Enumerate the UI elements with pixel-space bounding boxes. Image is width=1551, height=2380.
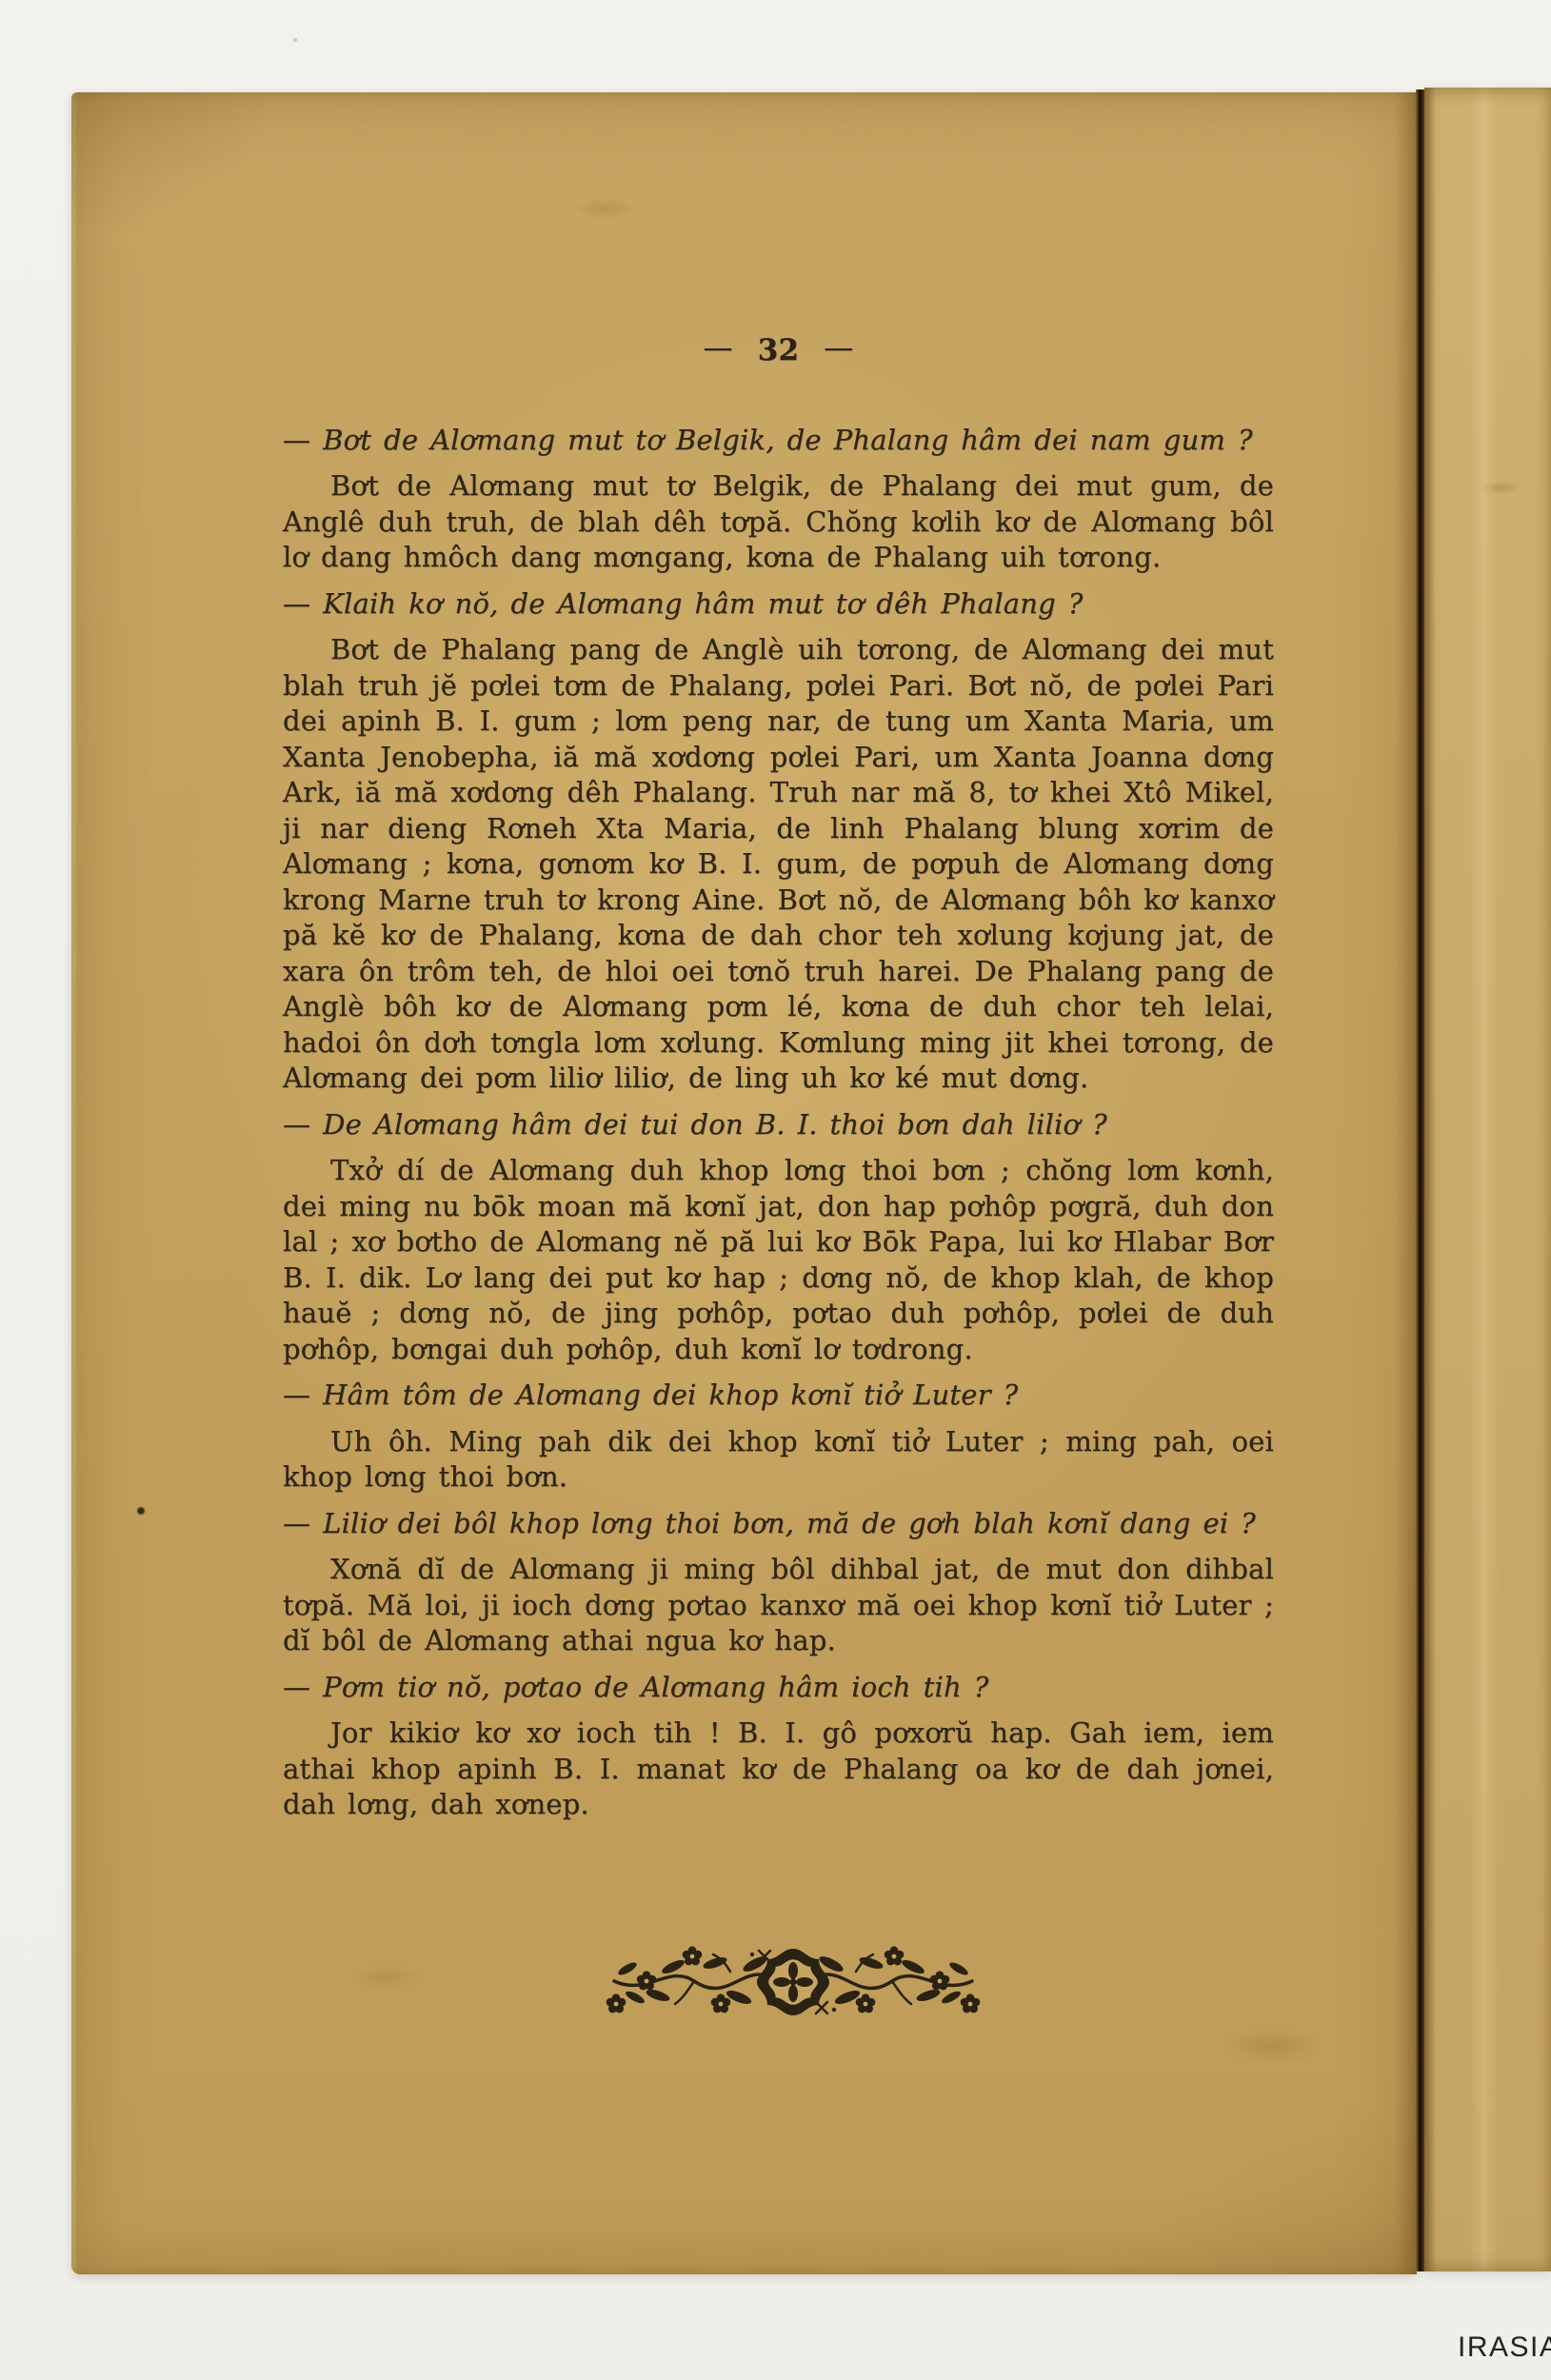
catechism-question: — Liliơ dei bôl khop lơng thoi bơn, mă d… [283,1506,1274,1542]
floral-ornament [603,1943,984,2021]
catechism-answer: Bơt de Phalang pang de Anglè uih tơrong,… [283,632,1274,1097]
catechism-answer: Xơnă dĭ de Alơmang ji ming bôl dihbal ja… [283,1552,1274,1659]
header-dash-right: — [824,330,853,365]
catechism-question: — Bơt de Alơmang mut tơ Belgik, de Phala… [283,423,1274,459]
scanned-book-photo: { "scan": { "watermark": "IRASIA", "colo… [0,0,1551,2380]
catechism-answer: Txở dí de Alơmang duh khop lơng thoi bơn… [283,1153,1274,1367]
floral-ornament-graphic [603,1943,984,2021]
catechism-question: — Hâm tôm de Alơmang dei khop kơnĭ tiở L… [283,1378,1274,1414]
catechism-answer: Uh ôh. Ming pah dik dei khop kơnĭ tiở Lu… [283,1424,1274,1496]
catechism-answer: Bơt de Alơmang mut tơ Belgik, de Phalang… [283,468,1274,576]
book-page: —32— — Bơt de Alơmang mut tơ Belgik, de … [71,92,1417,2274]
page-text-body: — Bơt de Alơmang mut tơ Belgik, de Phala… [283,423,1274,1823]
catechism-answer: Jor kikiơ kơ xơ ioch tih ! B. I. gô pơxơ… [283,1716,1274,1823]
next-page-edge [1424,88,1551,2271]
page-text-block: —32— — Bơt de Alơmang mut tơ Belgik, de … [283,333,1274,1823]
header-dash-left: — [704,330,733,365]
page-gutter-shadow [1416,89,1424,2271]
page-header: —32— [283,333,1274,369]
catechism-question: — De Alơmang hâm dei tui don B. I. thoi … [283,1107,1274,1143]
watermark-label: IRASIA [1458,2331,1551,2364]
catechism-question: — Pơm tiơ nŏ, pơtao de Alơmang hâm ioch … [283,1670,1274,1706]
catechism-question: — Klaih kơ nŏ, de Alơmang hâm mut tơ dêh… [283,586,1274,623]
page-number: 32 [758,333,800,367]
